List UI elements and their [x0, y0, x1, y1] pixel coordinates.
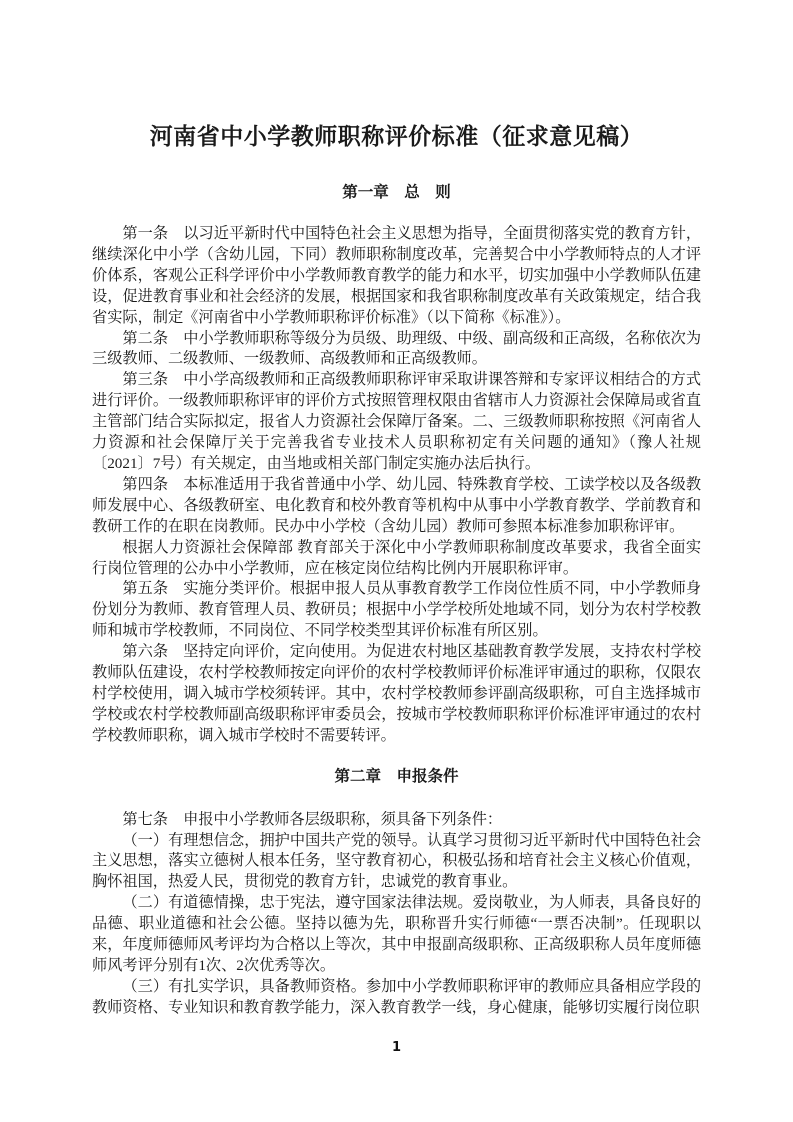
- paragraph: 第六条 坚持定向评价，定向使用。为促进农村地区基础教育教学发展，支持农村学校教师…: [92, 642, 701, 747]
- paragraph: （二）有道德情操，忠于宪法，遵守国家法律法规。爱岗敬业，为人师表，具备良好的品德…: [92, 893, 701, 977]
- paragraph: 第一条 以习近平新时代中国特色社会主义思想为指导，全面贯彻落实党的教育方针，继续…: [92, 224, 701, 329]
- paragraph: 根据人力资源社会保障部 教育部关于深化中小学教师职称制度改革要求，我省全面实行岗…: [92, 538, 701, 580]
- chapter-2-section: 第二章 申报条件 第七条 申报中小学教师各层级职称，须具备下列条件： （一）有理…: [92, 766, 701, 1019]
- paragraph: （三）有扎实学识，具备教师资格。参加中小学教师职称评审的教师应具备相应学段的教师…: [92, 977, 701, 1019]
- document-title: 河南省中小学教师职称评价标准（征求意见稿）: [92, 121, 701, 153]
- page-number: 1: [0, 1040, 793, 1055]
- chapter-1-section: 第一章 总 则 第一条 以习近平新时代中国特色社会主义思想为指导，全面贯彻落实党…: [92, 182, 701, 747]
- paragraph: 第七条 申报中小学教师各层级职称，须具备下列条件：: [92, 810, 701, 831]
- paragraph: （一）有理想信念，拥护中国共产党的领导。认真学习贯彻习近平新时代中国特色社会主义…: [92, 831, 701, 894]
- paragraph: 第二条 中小学教师职称等级分为员级、助理级、中级、副高级和正高级，名称依次为三级…: [92, 329, 701, 371]
- paragraph: 第五条 实施分类评价。根据申报人员从事教育教学工作岗位性质不同，中小学教师身份划…: [92, 579, 701, 642]
- chapter-1-heading: 第一章 总 则: [92, 182, 701, 203]
- paragraph: 第三条 中小学高级教师和正高级教师职称评审采取讲课答辩和专家评议相结合的方式进行…: [92, 370, 701, 475]
- document-page: 河南省中小学教师职称评价标准（征求意见稿） 第一章 总 则 第一条 以习近平新时…: [0, 0, 793, 1122]
- paragraph: 第四条 本标准适用于我省普通中小学、幼儿园、特殊教育学校、工读学校以及各级教师发…: [92, 475, 701, 538]
- chapter-2-heading: 第二章 申报条件: [92, 766, 701, 787]
